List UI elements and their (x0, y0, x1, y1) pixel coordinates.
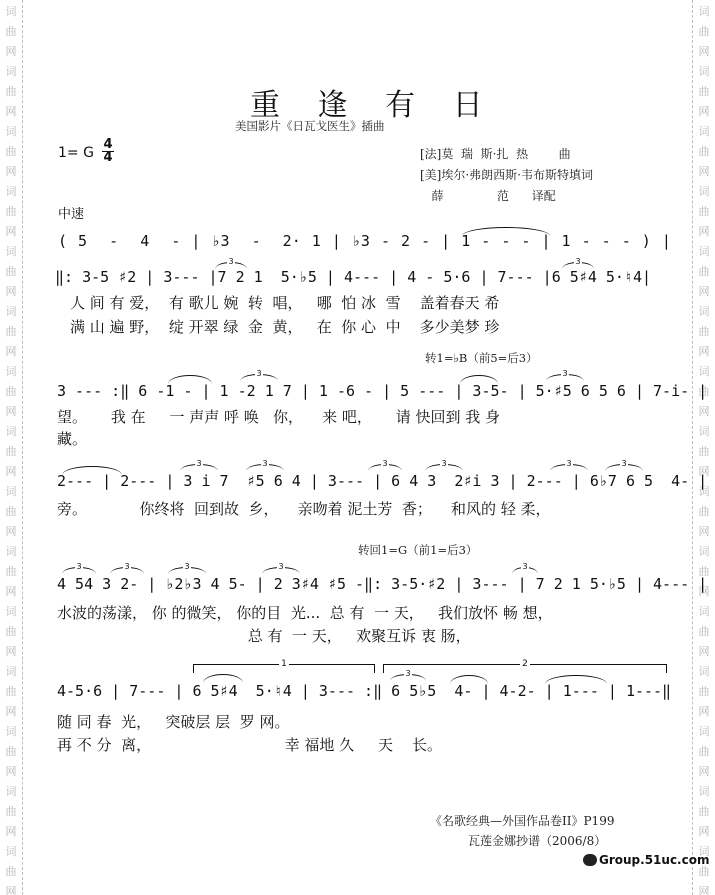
watermark-char: 网 (3, 342, 19, 362)
triplet-mark: 3 (110, 567, 144, 574)
watermark-char: 曲 (3, 202, 19, 222)
lyrics-row-4-verse-1: 旁。 你终将 回到故 乡， 亲吻着 泥土芳 香； 和风的 轻 柔， (57, 498, 551, 519)
notation-row-3: 3 --- :‖ 6 -1 - | 1 -2 1 7 | 1 -6 - | 5 … (57, 382, 707, 400)
watermark-char: 曲 (3, 682, 19, 702)
watermark-char: 网 (696, 642, 712, 662)
watermark-char: 网 (696, 882, 712, 895)
song-subtitle: 美国影片《日瓦戈医生》插曲 (235, 118, 385, 134)
volta-1-label: 1 (279, 659, 289, 669)
watermark-char: 网 (3, 702, 19, 722)
credit-lyricist: [美]埃尔·弗朗西斯·韦布斯特填词 (420, 166, 593, 183)
watermark-char: 网 (3, 642, 19, 662)
watermark-char: 曲 (696, 202, 712, 222)
watermark-char: 词 (696, 302, 712, 322)
watermark-char: 网 (3, 162, 19, 182)
notation-row-1: ( 5 - 4 - | ♭3 - 2· 1 | ♭3 - 2 - | 1 - -… (58, 232, 671, 250)
watermark-char: 曲 (3, 322, 19, 342)
triplet-mark: 3 (168, 567, 206, 574)
watermark-char: 词 (696, 182, 712, 202)
watermark-char: 词 (696, 2, 712, 22)
watermark-char: 曲 (696, 82, 712, 102)
watermark-char: 网 (3, 882, 19, 895)
watermark-char: 网 (696, 822, 712, 842)
key-signature: 1= G (58, 145, 94, 161)
triplet-mark: 3 (180, 464, 218, 471)
watermark-char: 词 (696, 62, 712, 82)
site-name: Group.51uc.com (599, 853, 709, 867)
watermark-char: 词 (3, 542, 19, 562)
watermark-char: 网 (696, 222, 712, 242)
watermark-char: 网 (3, 402, 19, 422)
watermark-char: 网 (3, 222, 19, 242)
watermark-char: 词 (696, 122, 712, 142)
watermark-char: 词 (3, 422, 19, 442)
watermark-char: 曲 (696, 742, 712, 762)
watermark-char: 词 (696, 722, 712, 742)
lyrics-row-2-verse-2: 满 山 遍 野， 绽 开翠 绿 金 黄， 在 你 心 中 多少美梦 珍 (70, 316, 499, 337)
triplet-mark: 3 (368, 464, 402, 471)
watermark-char: 词 (3, 182, 19, 202)
notation-row-2: ‖: 3-5 ♯2 | 3--- |7 2 1 5·♭5 | 4--- | 4 … (55, 268, 651, 286)
watermark-char: 网 (696, 282, 712, 302)
modulation-marking: 转回1=G（前1=后3） (358, 542, 477, 558)
watermark-char: 曲 (3, 562, 19, 582)
watermark-char: 曲 (696, 442, 712, 462)
lyrics-row-5-verse-2: 总 有 一 天， 欢聚互诉 衷 肠， (57, 625, 471, 646)
lyrics-row-3-verse-2: 藏。 (57, 428, 87, 449)
watermark-char: 网 (3, 762, 19, 782)
watermark-char: 曲 (3, 142, 19, 162)
tie-slur (462, 227, 550, 236)
watermark-char: 网 (3, 462, 19, 482)
watermark-char: 词 (3, 602, 19, 622)
watermark-char: 网 (696, 702, 712, 722)
watermark-char: 曲 (3, 382, 19, 402)
watermark-char: 词 (3, 842, 19, 862)
watermark-char: 曲 (696, 502, 712, 522)
watermark-strip-left: 词曲网词曲网词曲网词曲网词曲网词曲网词曲网词曲网词曲网词曲网词曲网词曲网词曲网词… (0, 0, 23, 895)
watermark-char: 网 (3, 42, 19, 62)
source-citation: 《名歌经典—外国作品卷II》P199 (430, 812, 614, 829)
watermark-char: 词 (696, 422, 712, 442)
watermark-char: 网 (3, 102, 19, 122)
watermark-char: 网 (696, 342, 712, 362)
watermark-char: 词 (696, 782, 712, 802)
triplet-mark: 3 (512, 567, 538, 574)
watermark-char: 曲 (3, 622, 19, 642)
watermark-char: 词 (3, 362, 19, 382)
lyrics-row-5-verse-1: 水波的荡漾， 你 的微笑， 你的目 光... 总 有 一 天， 我们放怀 畅 想… (57, 602, 553, 623)
watermark-char: 曲 (696, 22, 712, 42)
watermark-char: 网 (696, 522, 712, 542)
time-sig-bottom: 4 (102, 152, 114, 164)
watermark-char: 网 (696, 162, 712, 182)
watermark-char: 曲 (3, 22, 19, 42)
watermark-char: 曲 (696, 682, 712, 702)
credit-translator: 薛 范 译配 (420, 187, 556, 204)
triplet-mark: 3 (240, 374, 278, 381)
watermark-char: 曲 (3, 742, 19, 762)
watermark-char: 词 (3, 482, 19, 502)
triplet-mark: 3 (550, 464, 588, 471)
modulation-marking: 转1=♭B（前5=后3） (425, 350, 538, 366)
watermark-strip-right: 词曲网词曲网词曲网词曲网词曲网词曲网词曲网词曲网词曲网词曲网词曲网词曲网词曲网词… (692, 0, 715, 895)
lyrics-row-2-verse-1: 人 间 有 爱， 有 歌儿 婉 转 唱， 哪 怕 冰 雪 盖着春天 希 (70, 292, 499, 313)
copyist-credit: 瓦莲金娜抄谱（2006/8） (468, 832, 606, 849)
watermark-char: 词 (3, 662, 19, 682)
watermark-char: 曲 (3, 802, 19, 822)
watermark-char: 词 (3, 2, 19, 22)
triplet-mark: 3 (246, 464, 284, 471)
triplet-mark: 3 (262, 567, 300, 574)
triplet-mark: 3 (605, 464, 643, 471)
watermark-char: 曲 (696, 322, 712, 342)
lyrics-row-3-verse-1: 望。 我 在 一 声声 呼 唤 你， 来 吧， 请 快回到 我 身 (57, 406, 500, 427)
watermark-char: 网 (696, 402, 712, 422)
watermark-char: 词 (696, 662, 712, 682)
watermark-char: 网 (696, 102, 712, 122)
watermark-char: 网 (3, 582, 19, 602)
notation-row-4: 2--- | 2--- | 3 i 7 ♯5 6 4 | 3--- | 6 4 … (57, 472, 707, 490)
watermark-char: 网 (3, 282, 19, 302)
watermark-char: 网 (696, 42, 712, 62)
watermark-char: 曲 (3, 82, 19, 102)
watermark-char: 词 (696, 362, 712, 382)
watermark-char: 曲 (696, 802, 712, 822)
watermark-char: 曲 (3, 442, 19, 462)
volta-bracket-2: 2 (383, 664, 667, 673)
watermark-char: 网 (3, 822, 19, 842)
time-signature: 4 4 (102, 139, 114, 164)
watermark-char: 词 (696, 242, 712, 262)
watermark-char: 词 (3, 782, 19, 802)
notation-row-6: 4-5·6 | 7--- | 6 5♯4 5·♮4 | 3--- :‖ 6 5♭… (57, 682, 671, 700)
watermark-char: 曲 (3, 502, 19, 522)
lyrics-row-6-verse-2: 再 不 分 离， 幸 福地 久 天 长。 (57, 734, 442, 755)
triplet-mark: 3 (390, 674, 426, 681)
watermark-char: 曲 (696, 262, 712, 282)
triplet-mark: 3 (546, 374, 584, 381)
watermark-char: 曲 (696, 622, 712, 642)
watermark-char: 网 (3, 522, 19, 542)
watermark-char: 词 (3, 302, 19, 322)
watermark-char: 词 (3, 122, 19, 142)
watermark-char: 词 (3, 242, 19, 262)
watermark-char: 词 (3, 722, 19, 742)
volta-2-label: 2 (520, 659, 530, 669)
watermark-char: 词 (696, 602, 712, 622)
lyrics-row-6-verse-1: 随 同 春 光， 突破层 层 罗 网。 (57, 711, 289, 732)
watermark-char: 曲 (696, 142, 712, 162)
volta-bracket-1: 1 (193, 664, 375, 673)
watermark-char: 曲 (3, 862, 19, 882)
tempo-marking: 中速 (58, 203, 84, 222)
logo-icon (583, 854, 597, 866)
credit-composer: [法]莫 瑞 斯·扎 热 曲 (420, 145, 571, 162)
watermark-char: 词 (3, 62, 19, 82)
triplet-mark: 3 (425, 464, 463, 471)
watermark-char: 曲 (3, 262, 19, 282)
watermark-char: 词 (696, 542, 712, 562)
notation-row-5: 4 54 3 2- | ♭2♭3 4 5- | 2 3♯4 ♯5 -‖: 3-5… (57, 575, 707, 593)
triplet-mark: 3 (62, 567, 96, 574)
site-logo: Group.51uc.com (583, 853, 709, 867)
watermark-char: 网 (696, 762, 712, 782)
